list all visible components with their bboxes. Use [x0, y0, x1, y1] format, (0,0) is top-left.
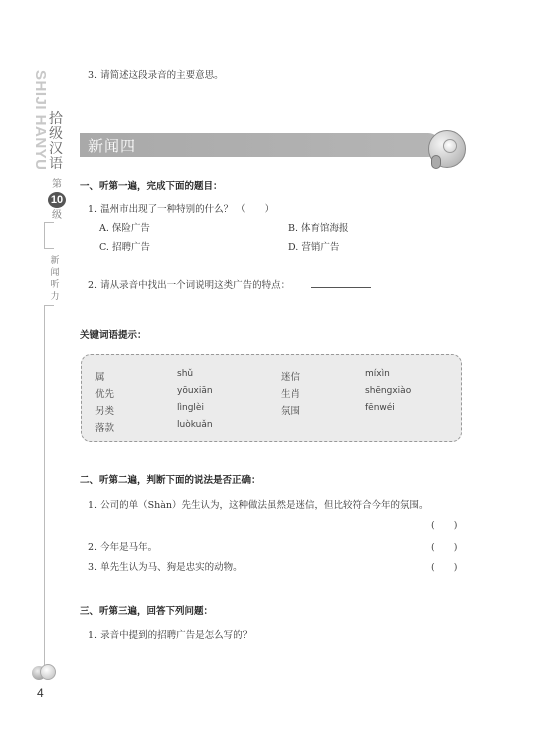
- keyword-pinyin: yōuxiān: [177, 386, 213, 396]
- part1-question-1: 1. 温州市出现了一种特别的什么？ （ ）: [88, 201, 274, 215]
- section-char: 新: [48, 255, 62, 267]
- part3-heading: 三、听第三遍，回答下列问题：: [80, 603, 213, 617]
- news-title: 新闻四: [88, 135, 136, 156]
- grade-prefix: 第: [46, 178, 68, 191]
- sidebar-divider: [44, 305, 54, 306]
- series-title-char: 拾: [48, 112, 64, 127]
- part3-question-1: 1. 录音中提到的招聘广告是怎么写的？: [88, 627, 252, 641]
- section-char: 听: [48, 279, 62, 291]
- option-d: D. 营销广告: [288, 239, 339, 253]
- page-number: 4: [37, 686, 44, 700]
- sidebar-divider: [44, 222, 45, 249]
- option-c: C. 招聘广告: [99, 239, 150, 253]
- keyword-hanzi: 氛围: [281, 403, 300, 417]
- part2-heading: 二、听第二遍，判断下面的说法是否正确：: [80, 472, 261, 486]
- sidebar-divider: [44, 248, 54, 249]
- option-a: A. 保险广告: [99, 220, 150, 234]
- headphone-icon: [428, 130, 466, 168]
- series-title-char: 语: [48, 157, 64, 172]
- part1-question-2: 2. 请从录音中找出一个词说明这类广告的特点：: [88, 277, 290, 291]
- grade-suffix: 级: [46, 209, 68, 222]
- answer-paren[interactable]: ( ): [431, 559, 457, 573]
- answer-paren[interactable]: ( ): [431, 517, 457, 531]
- series-title: 拾 级 汉 语: [48, 112, 64, 172]
- headphone-band: [431, 155, 441, 169]
- keyword-pinyin: lìnglèi: [177, 403, 204, 413]
- keyword-hanzi: 迷信: [281, 369, 300, 383]
- keyword-hanzi: 优先: [95, 386, 114, 400]
- keyword-pinyin: fēnwéi: [365, 403, 395, 413]
- grade-number-badge: 10: [48, 192, 66, 208]
- keyword-pinyin: shǔ: [177, 369, 193, 379]
- statement-3: 3. 单先生认为马、狗是忠实的动物。: [88, 559, 243, 573]
- sidebar-vertical-line: [44, 305, 45, 665]
- answer-blank[interactable]: [311, 287, 371, 288]
- series-title-char: 级: [48, 127, 64, 142]
- section-label: 新 闻 听 力: [48, 255, 62, 303]
- section-char: 闻: [48, 267, 62, 279]
- news-banner: 新闻四: [80, 133, 440, 157]
- headphone-ear: [443, 139, 457, 153]
- keyword-hanzi: 生肖: [281, 386, 300, 400]
- keyword-hanzi: 另类: [95, 403, 114, 417]
- statement-1: 1. 公司的单（Shàn）先生认为，这种做法虽然是迷信，但比较符合今年的氛围。: [88, 497, 429, 511]
- keyword-hanzi: 属: [95, 369, 105, 383]
- answer-paren[interactable]: ( ): [431, 539, 457, 553]
- part1-heading: 一、听第一遍，完成下面的题目：: [80, 178, 223, 192]
- sidebar-divider: [44, 222, 54, 223]
- grade-label: 第 10 级: [46, 178, 68, 222]
- keyword-hanzi: 落款: [95, 420, 114, 434]
- series-latin-title: SHIJI HANYU: [32, 70, 49, 171]
- keywords-label: 关键词语提示：: [80, 327, 147, 341]
- keyword-pinyin: míxìn: [365, 369, 390, 379]
- option-b: B. 体育馆海报: [288, 220, 349, 234]
- keywords-box: 属 shǔ 迷信 míxìn 优先 yōuxiān 生肖 shēngxiào 另…: [81, 354, 462, 442]
- section-char: 力: [48, 291, 62, 303]
- keyword-pinyin: shēngxiào: [365, 386, 411, 396]
- series-title-char: 汉: [48, 142, 64, 157]
- previous-question: 3. 请简述这段录音的主要意思。: [88, 67, 224, 81]
- keyword-pinyin: luòkuǎn: [177, 420, 213, 430]
- statement-2: 2. 今年是马年。: [88, 539, 157, 553]
- decorative-ball-icon: [40, 664, 56, 680]
